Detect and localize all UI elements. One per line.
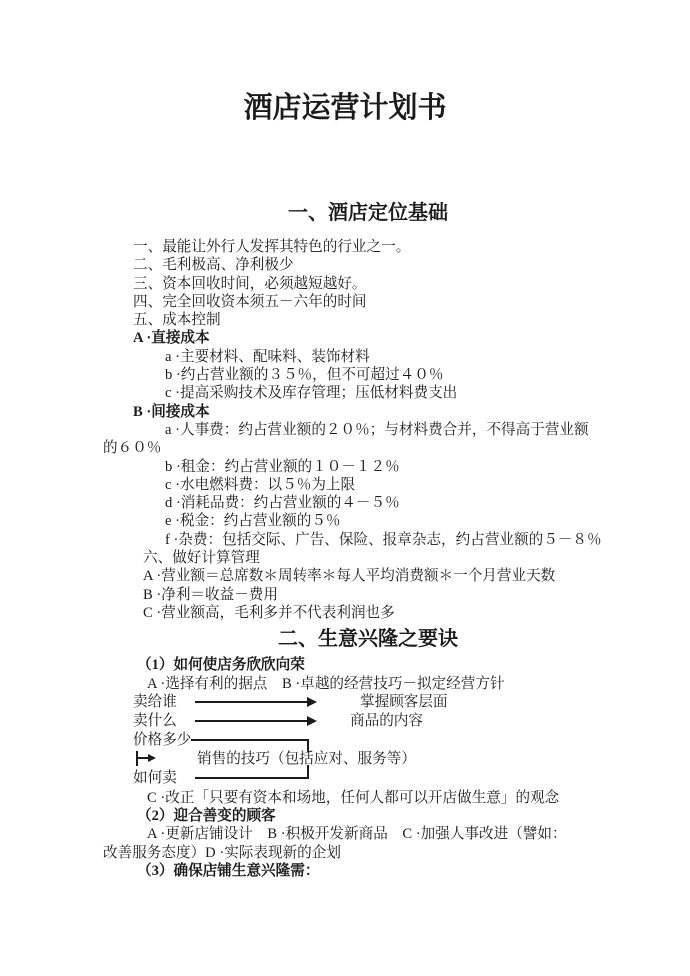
body-line: d ·消耗品费：约占营业额的４－５％: [103, 494, 630, 512]
flow-arrow-icon: [195, 720, 315, 722]
body-line: 六、做好计算管理: [103, 549, 630, 567]
flow-source-label: 价格多少: [133, 731, 191, 749]
flow-source-label: 卖什么: [133, 712, 177, 730]
flow-target-label: 掌握顾客层面: [360, 693, 448, 711]
flow-diagram: 卖给谁 掌握顾客层面 卖什么 商品的内容 价格多少 销售的技巧（包括应对、服务等…: [133, 693, 630, 789]
section-1-body: 一、最能让外行人发挥其特色的行业之一。 二、毛利极高、净利极少 三、资本回收时间…: [103, 238, 630, 622]
section-2-heading: 二、生意兴隆之要诀: [23, 626, 690, 653]
body-line: e ·税金：约占营业额的５％: [103, 512, 630, 530]
flow-arrow-icon: [195, 701, 315, 703]
sub-heading-3: （3）确保店铺生意兴隆需：: [103, 862, 630, 880]
body-line: a ·主要材料、配味料、装饰材料: [103, 348, 630, 366]
body-line: 二、毛利极高、净利极少: [103, 256, 630, 274]
section-1-heading: 一、酒店定位基础: [23, 200, 690, 226]
flow-branch-stem: [138, 757, 154, 759]
body-line: B ·净利＝收益－费用: [103, 586, 630, 604]
body-line: A ·更新店铺设计 B ·积极开发新商品 C ·加强人事改进（譬如：: [103, 825, 630, 843]
flow-branch-arrow-icon: [136, 750, 164, 768]
body-line: 四、完全回收资本须五－六年的时间: [103, 293, 630, 311]
body-line: C ·改正「只要有资本和场地，任何人都可以开店做生意」的观念: [103, 789, 630, 807]
section-2-body: （1）如何使店务欣欣向荣 A ·选择有利的据点 B ·卓越的经营技巧－拟定经营方…: [103, 656, 630, 880]
body-line: 五、成本控制: [103, 311, 630, 329]
document-page: 酒店运营计划书 一、酒店定位基础 一、最能让外行人发挥其特色的行业之一。 二、毛…: [0, 0, 690, 976]
body-line-bold: A ·直接成本: [103, 329, 630, 347]
body-line: C ·营业额高，毛利多并不代表利润也多: [103, 604, 630, 622]
body-line: c ·水电燃料费：以５％为上限: [103, 476, 630, 494]
body-line: f ·杂费：包括交际、广告、保险、报章杂志，约占营业额的５－８％: [103, 531, 630, 549]
body-line: A ·营业额＝总席数＊周转率＊每人平均消费额＊一个月营业天数: [103, 567, 630, 585]
body-line: 一、最能让外行人发挥其特色的行业之一。: [103, 238, 630, 256]
body-line: c ·提高采购技术及库存管理；压低材料费支出: [103, 384, 630, 402]
page-title: 酒店运营计划书: [0, 0, 690, 128]
body-line: A ·选择有利的据点 B ·卓越的经营技巧－拟定经营方针: [103, 675, 630, 693]
flow-target-label: 商品的内容: [350, 712, 423, 730]
body-line-wrap: 改善服务态度）D ·实际表现新的企划: [103, 844, 630, 862]
flow-bracket-bottom: [195, 765, 309, 779]
body-line-bold: B ·间接成本: [103, 403, 630, 421]
body-line: b ·租金：约占营业额的１０－１２％: [103, 458, 630, 476]
body-line: b ·约占营业额的３５％，但不可超过４０％: [103, 366, 630, 384]
flow-source-label: 如何卖: [133, 769, 177, 787]
body-line-wrap: 的６０％: [103, 439, 630, 457]
sub-heading-2: （2）迎合善变的顾客: [103, 807, 630, 825]
body-line: 三、资本回收时间，必须越短越好。: [103, 275, 630, 293]
body-line: a ·人事费：约占营业额的２０％；与材料费合并，不得高于营业额: [103, 421, 630, 439]
flow-source-label: 卖给谁: [133, 693, 177, 711]
sub-heading-1: （1）如何使店务欣欣向荣: [103, 656, 630, 674]
